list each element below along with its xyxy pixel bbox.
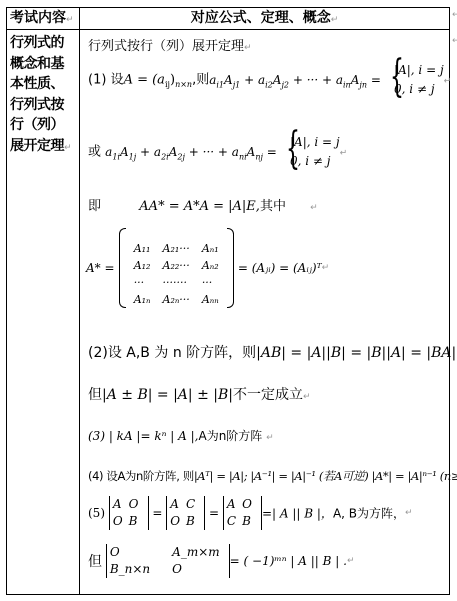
adjoint-matrix: A₁₁A₂₁···Aₙ₁ A₁₂A₂₂···Aₙ₂ ············· … <box>119 228 234 308</box>
formula-sum-determinant: 但|A ± B| = |A| ± |B|不一定成立↵ <box>88 384 311 404</box>
block-det-1: AO OB <box>109 496 149 530</box>
header-formulas: 对应公式、定理、概念↵ <box>80 9 449 30</box>
paragraph-mark: ↵ <box>452 36 457 46</box>
piecewise-cases: |A|, i = j0, i ≠ j <box>281 133 340 171</box>
formula-column-expansion: 或 a1iA1j + a2iA2j + ··· + aniAnj = |A|, … <box>88 133 347 171</box>
formula-cell: 行列式按行（列）展开定理↵ (1) 设A = (aij)n×n,则ai1Aj1 … <box>80 30 449 594</box>
block-det-2: AC OB <box>166 496 205 530</box>
anti-block-det: OA_m×m B_n×nO <box>106 544 230 578</box>
topic-line: 概念和基 <box>10 54 78 75</box>
block-det-3: AO CB <box>223 496 262 530</box>
topic-line: 行（列） <box>10 115 78 136</box>
piecewise-cases: |A|, i = j0, i ≠ j <box>385 61 444 99</box>
formula-scalar-determinant: (3) | kA |= kⁿ | A |,A为n阶方阵 ↵ <box>88 427 274 444</box>
formula-expansion-row: (1) 设A = (aij)n×n,则ai1Aj1 + ai2Aj2 + ···… <box>88 61 451 99</box>
paragraph-mark: ↵ <box>452 10 457 20</box>
topic-line: 展开定理↵ <box>10 136 78 159</box>
formula-transpose-inverse: (4) 设A为n阶方阵, 则|Aᵀ| = |A|; |A⁻¹| = |A|⁻¹ … <box>88 468 457 484</box>
formula-block-determinant: (5) AO OB = AC OB = AO CB =| A || B |，A,… <box>88 496 413 530</box>
section-title: 行列式按行（列）展开定理↵ <box>88 35 252 54</box>
formula-adjoint: 即 AA* = A*A = |A|E,其中 ↵ <box>88 195 318 214</box>
formula-adjoint-matrix: A* = A₁₁A₂₁···Aₙ₁ A₁₂A₂₂···Aₙ₂ ·········… <box>86 228 329 308</box>
formula-table: 考试内容↵ 对应公式、定理、概念↵ 行列式的 概念和基 本性质、 行列式按 行（… <box>6 7 450 595</box>
topic-line: 本性质、 <box>10 74 78 95</box>
topic-line: 行列式的 <box>10 33 78 54</box>
formula-anti-block-determinant: 但 OA_m×m B_n×nO = ( −1)ᵐⁿ | A || B | .↵ <box>88 544 355 578</box>
header-exam-content: 考试内容↵ <box>10 9 74 30</box>
formula-product-determinant: (2)设 A,B 为 n 阶方阵，则|AB| = |A||B| = |B||A|… <box>88 342 457 362</box>
topic-line: 行列式按 <box>10 95 78 116</box>
topic-cell: 行列式的 概念和基 本性质、 行列式按 行（列） 展开定理↵ <box>10 33 78 158</box>
